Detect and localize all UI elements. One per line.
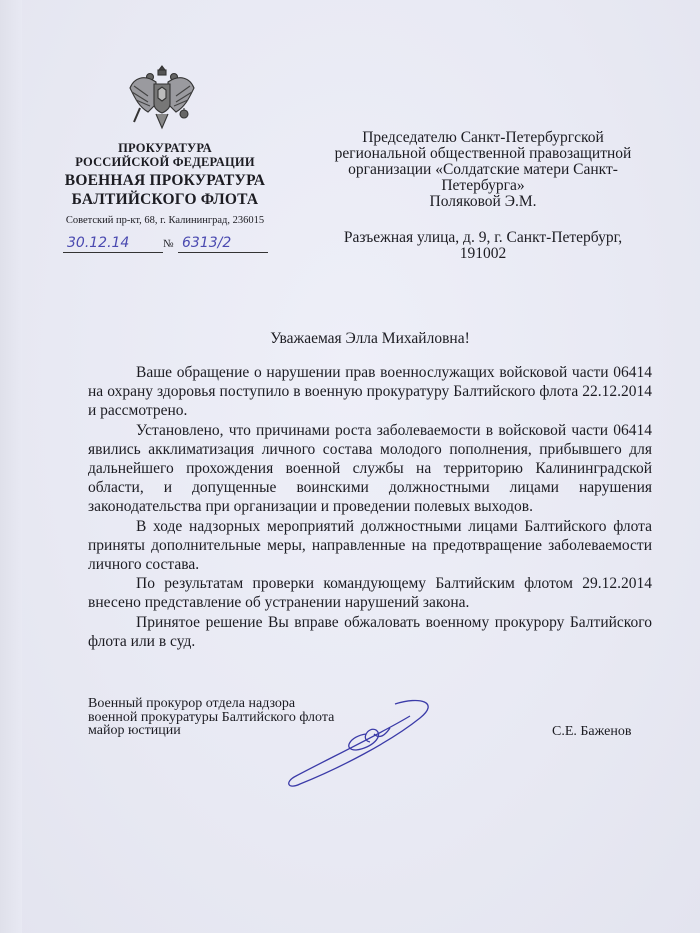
addressee-line: Петербурга» <box>308 178 658 194</box>
salutation: Уважаемая Элла Михайловна! <box>80 330 660 348</box>
addressee-line: Председателю Санкт-Петербургской <box>308 130 658 146</box>
addressee-line: организации «Солдатские матери Санкт- <box>308 162 658 178</box>
sender-address: Советский пр-кт, 68, г. Калининград, 236… <box>55 215 275 226</box>
org-name-line2: РОССИЙСКОЙ ФЕДЕРАЦИИ <box>55 155 275 170</box>
letter-body: Ваше обращение о нарушении прав военносл… <box>88 363 652 651</box>
letter-page: ПРОКУРАТУРА РОССИЙСКОЙ ФЕДЕРАЦИИ ВОЕННАЯ… <box>0 0 700 933</box>
org-name-line3: ВОЕННАЯ ПРОКУРАТУРА <box>55 172 275 190</box>
outgoing-number: 6313/2 <box>178 234 268 253</box>
handwritten-signature-icon <box>280 698 480 798</box>
outgoing-date: 30.12.14 <box>63 234 163 253</box>
addressee-line: региональной общественной правозащитной <box>308 146 658 162</box>
org-name-line1: ПРОКУРАТУРА <box>55 141 275 156</box>
address-line: 191002 <box>308 246 658 262</box>
addressee-address: Разъежная улица, д. 9, г. Санкт-Петербур… <box>308 230 658 262</box>
address-line: Разъежная улица, д. 9, г. Санкт-Петербур… <box>308 230 658 246</box>
body-paragraph: Установлено, что причинами роста заболев… <box>88 421 652 517</box>
reference-line: 30.12.14 № 6313/2 <box>63 234 263 256</box>
body-paragraph: Принятое решение Вы вправе обжаловать во… <box>88 613 652 651</box>
signatory-name: С.Е. Баженов <box>552 724 631 740</box>
scan-edge <box>0 0 22 933</box>
addressee-block: Председателю Санкт-Петербургской региона… <box>308 130 658 210</box>
coat-of-arms-icon <box>126 62 198 134</box>
body-paragraph: Ваше обращение о нарушении прав военносл… <box>88 363 652 421</box>
addressee-line: Поляковой Э.М. <box>308 194 658 210</box>
org-name-line4: БАЛТИЙСКОГО ФЛОТА <box>55 191 275 209</box>
number-label: № <box>163 238 174 250</box>
body-paragraph: По результатам проверки командующему Бал… <box>88 574 652 612</box>
body-paragraph: В ходе надзорных мероприятий должностным… <box>88 517 652 575</box>
